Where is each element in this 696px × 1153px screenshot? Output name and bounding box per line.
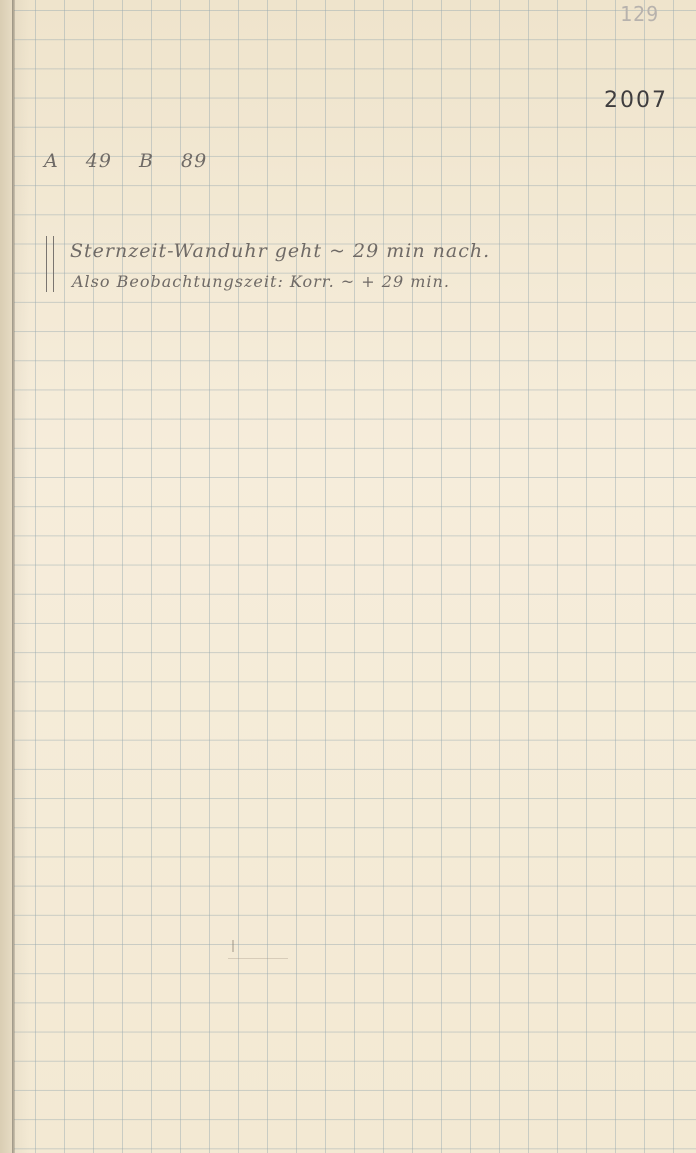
notebook-page: 129 2007 A 49 B 89 Sternzeit-Wanduhr geh… (0, 0, 696, 1153)
b-label: B 89 (139, 150, 207, 172)
year-label: 2007 (604, 88, 668, 113)
a-label: A 49 (44, 150, 112, 172)
note-line-1: Sternzeit-Wanduhr geht ~ 29 min nach. (70, 240, 490, 262)
binding-edge (12, 0, 15, 1153)
pencil-mark (232, 940, 234, 952)
note-line-2: Also Beobachtungszeit: Korr. ~ + 29 min. (72, 272, 450, 291)
graph-paper-grid (14, 0, 696, 1153)
stamped-page-number: 129 (620, 2, 659, 26)
pencil-smudge (228, 942, 288, 959)
binding-strip (0, 0, 12, 1153)
margin-double-bar (46, 236, 54, 292)
header-line: A 49 B 89 (44, 150, 207, 172)
